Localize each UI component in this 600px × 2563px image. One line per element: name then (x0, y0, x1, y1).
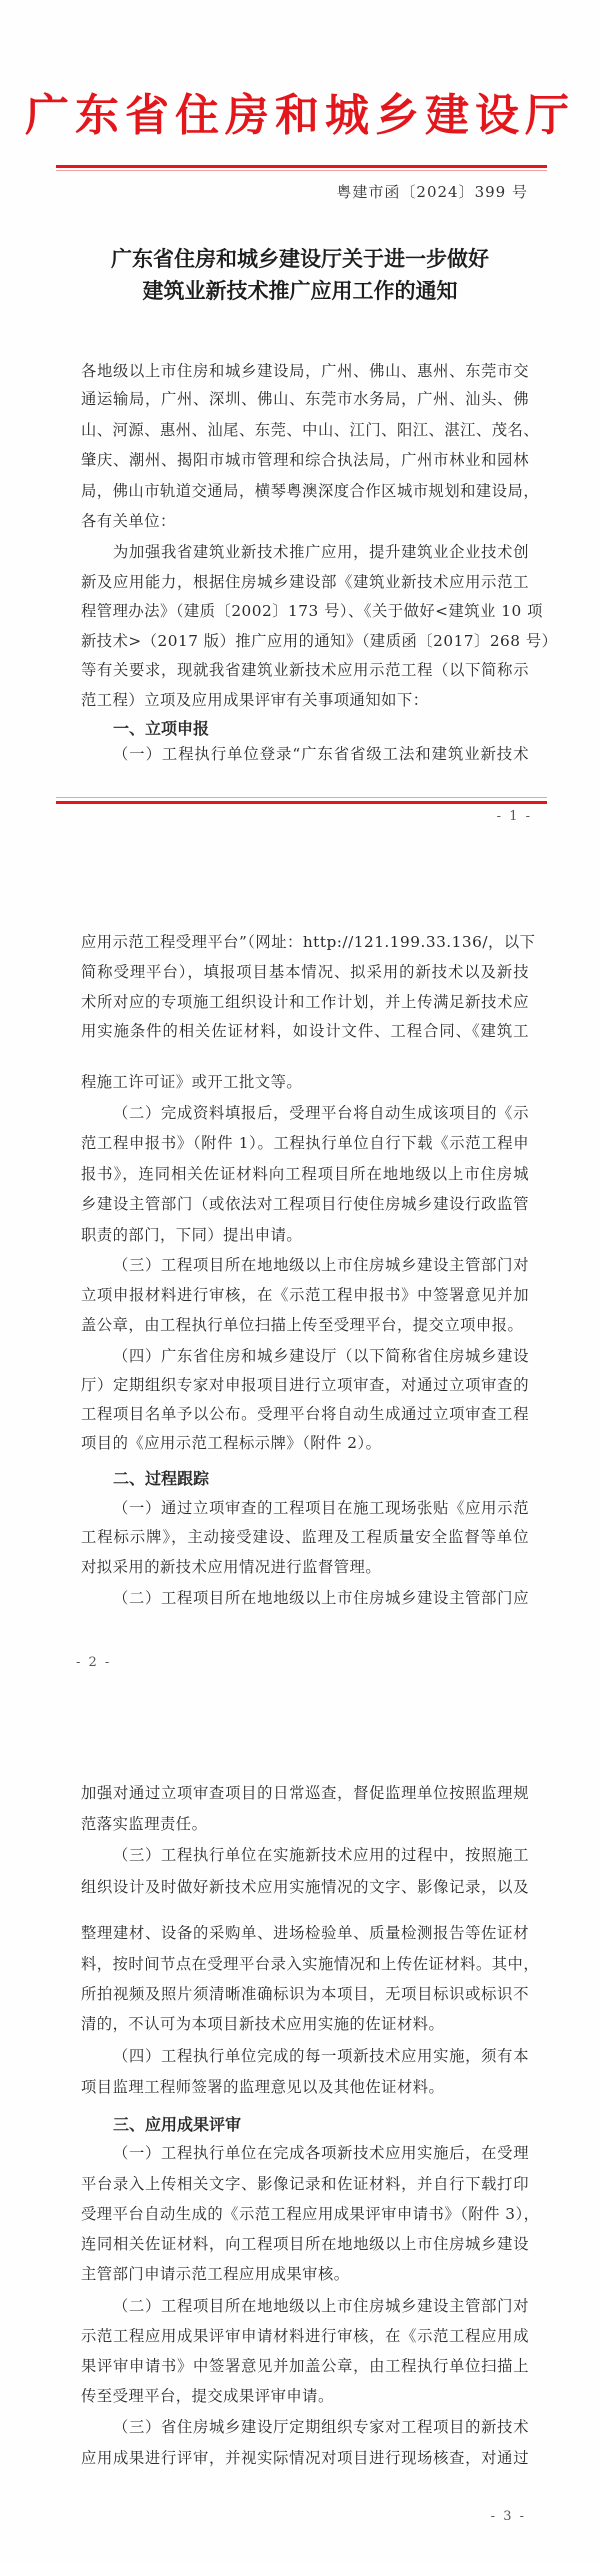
document-title: 广东省住房和城乡建设厅关于进一步做好 建筑业新技术推广应用工作的通知 (0, 243, 600, 307)
paragraph-line: 果评审申请书》中签署意见并加盖公章，由工程执行单位扫描上 (81, 2356, 529, 2376)
title-line-1: 广东省住房和城乡建设厅关于进一步做好 (0, 243, 600, 275)
paragraph-line: 连同相关佐证材料，向工程项目所在地地级以上市住房城乡建设 (81, 2234, 529, 2254)
paragraph-line: （一）通过立项审查的工程项目在施工现场张贴《应用示范 (113, 1498, 529, 1518)
paragraph-line: 工程标示牌》，主动接受建设、监理及工程质量安全监督等单位 (81, 1527, 529, 1547)
paragraph-line: （二）工程项目所在地地级以上市住房城乡建设主管部门对 (113, 2296, 529, 2316)
letterhead-org-name: 广东省住房和城乡建设厅 (0, 86, 600, 146)
recipients-line: 各地级以上市住房和城乡建设局，广州、佛山、惠州、东莞市交 (81, 361, 529, 381)
paragraph-line: 加强对通过立项审查项目的日常巡查，督促监理单位按照监理规 (81, 1783, 529, 1803)
paragraph-line: 传至受理平台，提交成果评审申请。 (81, 2386, 529, 2406)
page-number: - 1 - (497, 809, 532, 824)
paragraph-line: （四）广东省住房和城乡建设厅（以下简称省住房城乡建设 (113, 1346, 529, 1366)
section-heading-3: 三、应用成果评审 (113, 2112, 241, 2135)
paragraph-line: 报书》，连同相关佐证材料向工程项目所在地地级以上市住房城 (81, 1164, 529, 1184)
recipients-line: 各有关单位： (81, 511, 529, 531)
paragraph-line: 受理平台自动生成的《示范工程应用成果评审申请书》（附件 3）， (81, 2204, 529, 2224)
title-line-2: 建筑业新技术推广应用工作的通知 (0, 275, 600, 307)
letterhead-red-rule (56, 165, 547, 168)
paragraph-line: （三）省住房城乡建设厅定期组织专家对工程项目的新技术 (113, 2417, 529, 2437)
paragraph-line: 清的，不认可为本项目新技术应用实施的佐证材料。 (81, 2014, 529, 2034)
page-number: - 3 - (491, 2509, 526, 2524)
paragraph-line: 范工程申报书》（附件 1）。工程执行单位自行下载《示范工程申 (81, 1133, 529, 1153)
letterhead-thin-rule (56, 170, 547, 171)
paragraph-line: 为加强我省建筑业新技术推广应用，提升建筑业企业技术创 (113, 542, 529, 562)
paragraph-line: 项目的《应用示范工程标示牌》（附件 2）。 (81, 1433, 529, 1453)
paragraph-line: 平台录入上传相关文字、影像记录和佐证材料，并自行下载打印 (81, 2174, 529, 2194)
paragraph-line: （四）工程执行单位完成的每一项新技术应用实施，须有本 (113, 2046, 529, 2066)
paragraph-line: 新技术>（2017 版）推广应用的通知》（建质函〔2017〕268 号） (81, 631, 529, 651)
paragraph-line: 盖公章，由工程执行单位扫描上传至受理平台，提交立项申报。 (81, 1315, 529, 1335)
page-2: 应用示范工程受理平台”（网址：http://121.199.33.136/，以下… (0, 853, 600, 1713)
paragraph-line: 组织设计及时做好新技术应用实施情况的文字、影像记录，以及 (81, 1877, 529, 1897)
recipients-line: 通运输局，广州、深圳、佛山、东莞市水务局，广州、汕头、佛 (81, 389, 529, 409)
recipients-line: 肇庆、潮州、揭阳市城市管理和综合执法局，广州市林业和园林 (81, 450, 529, 470)
paragraph-line: 范落实监理责任。 (81, 1814, 529, 1834)
paragraph-line: 料，按时间节点在受理平台录入实施情况和上传佐证材料。其中， (81, 1954, 529, 1974)
paragraph-line: 等有关要求，现就我省建筑业新技术应用示范工程（以下简称示 (81, 660, 529, 680)
paragraph-line: 工程项目名单予以公布。受理平台将自动生成通过立项审查工程 (81, 1404, 529, 1424)
page-number: - 2 - (76, 1655, 111, 1670)
paragraph-line: 职责的部门，下同）提出申请。 (81, 1225, 529, 1245)
paragraph-line: 范工程）立项及应用成果评审有关事项通知如下： (81, 690, 529, 710)
document-number: 粤建市函〔2024〕399 号 (336, 181, 528, 202)
paragraph-line: （三）工程执行单位在实施新技术应用的过程中，按照施工 (113, 1845, 529, 1865)
paragraph-line: （二）工程项目所在地地级以上市住房城乡建设主管部门应 (113, 1588, 529, 1608)
page-1: 广东省住房和城乡建设厅 粤建市函〔2024〕399 号 广东省住房和城乡建设厅关… (0, 0, 600, 853)
section-heading-2: 二、过程跟踪 (113, 1466, 209, 1489)
paragraph-line: 程施工许可证》或开工批文等。 (81, 1072, 529, 1092)
paragraph-line: （二）完成资料填报后，受理平台将自动生成该项目的《示 (113, 1103, 529, 1123)
paragraph-line: 乡建设主管部门（或依法对工程项目行使住房城乡建设行政监管 (81, 1194, 529, 1214)
paragraph-line: 应用成果进行评审，并视实际情况对项目进行现场核查，对通过 (81, 2448, 529, 2468)
recipients-line: 山、河源、惠州、汕尾、东莞、中山、江门、阳江、湛江、茂名、 (81, 420, 529, 440)
paragraph-line: 新及应用能力，根据住房城乡建设部《建筑业新技术应用示范工 (81, 572, 529, 592)
paragraph-line: 所拍视频及照片须清晰准确标识为本项目，无项目标识或标识不 (81, 1984, 529, 2004)
page-3: 加强对通过立项审查项目的日常巡查，督促监理单位按照监理规 范落实监理责任。 （三… (0, 1713, 600, 2563)
paragraph-line: 简称受理平台），填报项目基本情况、拟采用的新技术以及新技 (81, 962, 529, 982)
paragraph-line: （三）工程项目所在地地级以上市住房城乡建设主管部门对 (113, 1255, 529, 1275)
paragraph-line: 术所对应的专项施工组织设计和工作计划，并上传满足新技术应 (81, 992, 529, 1012)
footer-thin-rule (56, 797, 547, 798)
footer-red-rule (56, 801, 547, 804)
recipients-line: 局，佛山市轨道交通局，横琴粤澳深度合作区城市规划和建设局， (81, 481, 529, 501)
paragraph-line: 主管部门申请示范工程应用成果审核。 (81, 2264, 529, 2284)
paragraph-line: （一）工程执行单位登录“广东省省级工法和建筑业新技术 (113, 744, 529, 764)
paragraph-line: 整理建材、设备的采购单、进场检验单、质量检测报告等佐证材 (81, 1923, 529, 1943)
paragraph-line: 项目监理工程师签署的监理意见以及其他佐证材料。 (81, 2077, 529, 2097)
paragraph-line: 程管理办法》（建质〔2002〕173 号）、《关于做好<建筑业 10 项 (81, 601, 529, 621)
paragraph-line: 应用示范工程受理平台”（网址：http://121.199.33.136/，以下 (81, 932, 529, 952)
section-heading-1: 一、立项申报 (113, 716, 209, 739)
paragraph-line: （一）工程执行单位在完成各项新技术应用实施后，在受理 (113, 2143, 529, 2163)
paragraph-line: 立项申报材料进行审核，在《示范工程申报书》中签署意见并加 (81, 1285, 529, 1305)
paragraph-line: 厅）定期组织专家对申报项目进行立项审查，对通过立项审查的 (81, 1375, 529, 1395)
paragraph-line: 示范工程应用成果评审申请材料进行审核，在《示范工程应用成 (81, 2326, 529, 2346)
paragraph-line: 用实施条件的相关佐证材料，如设计文件、工程合同、《建筑工 (81, 1021, 529, 1041)
paragraph-line: 对拟采用的新技术应用情况进行监督管理。 (81, 1557, 529, 1577)
